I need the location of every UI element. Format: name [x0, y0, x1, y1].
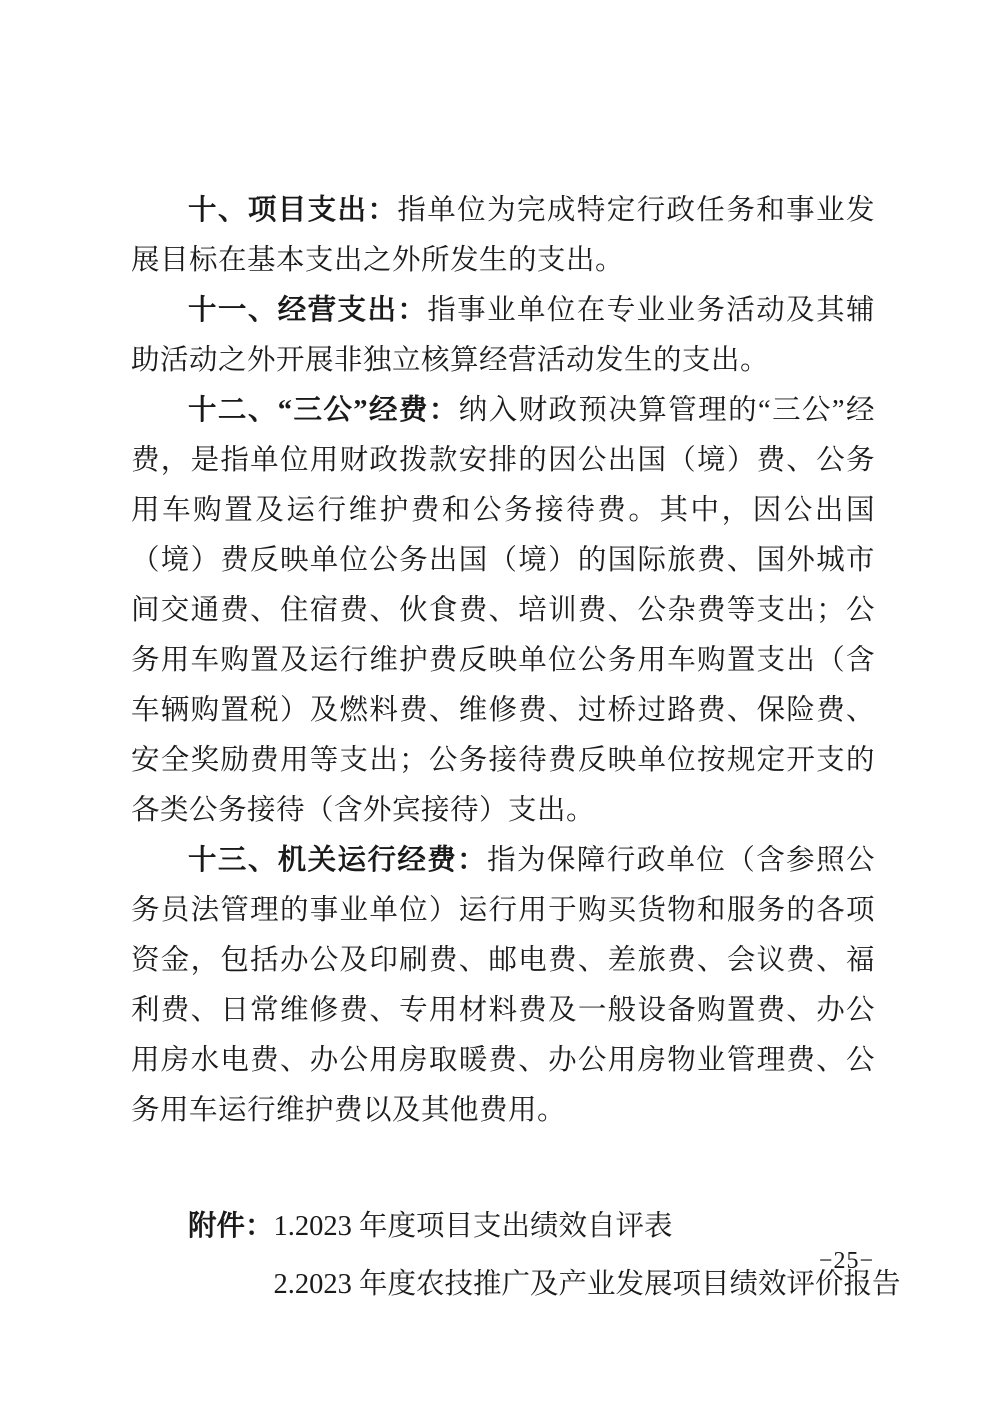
attachment-item-2: 2.2023 年度农技推广及产业发展项目绩效评价报告: [274, 1256, 901, 1314]
page-number: −25−: [819, 1246, 874, 1276]
paragraph-lead: 十、项目支出：: [188, 195, 397, 226]
attachment-item-1: 1.2023 年度项目支出绩效自评表: [274, 1198, 901, 1256]
document-page: 十、项目支出：指单位为完成特定行政任务和事业发展目标在基本支出之外所发生的支出。…: [0, 0, 1000, 1414]
attachments-list: 1.2023 年度项目支出绩效自评表 2.2023 年度农技推广及产业发展项目绩…: [274, 1198, 901, 1314]
paragraph-operating-expenditure: 十一、经营支出：指事业单位在专业业务活动及其辅助活动之外开展非独立核算经营活动发…: [131, 286, 875, 386]
paragraph-lead: 十一、经营支出：: [188, 295, 427, 326]
attachments-label: 附件：: [188, 1198, 274, 1256]
paragraph-three-public-funds: 十二、“三公”经费：纳入财政预决算管理的“三公”经费，是指单位用财政拨款安排的因…: [131, 386, 875, 836]
document-body: 十、项目支出：指单位为完成特定行政任务和事业发展目标在基本支出之外所发生的支出。…: [131, 186, 875, 1314]
paragraph-agency-operating-funds: 十三、机关运行经费：指为保障行政单位（含参照公务员法管理的事业单位）运行用于购买…: [131, 836, 875, 1136]
attachments-block: 附件： 1.2023 年度项目支出绩效自评表 2.2023 年度农技推广及产业发…: [188, 1198, 875, 1314]
paragraph-lead: 十二、“三公”经费：: [188, 395, 459, 426]
paragraph-text: 指为保障行政单位（含参照公务员法管理的事业单位）运行用于购买货物和服务的各项资金…: [131, 845, 875, 1126]
paragraph-text: 纳入财政预决算管理的“三公”经费，是指单位用财政拨款安排的因公出国（境）费、公务…: [131, 395, 875, 826]
paragraph-lead: 十三、机关运行经费：: [188, 845, 487, 876]
paragraph-project-expenditure: 十、项目支出：指单位为完成特定行政任务和事业发展目标在基本支出之外所发生的支出。: [131, 186, 875, 286]
